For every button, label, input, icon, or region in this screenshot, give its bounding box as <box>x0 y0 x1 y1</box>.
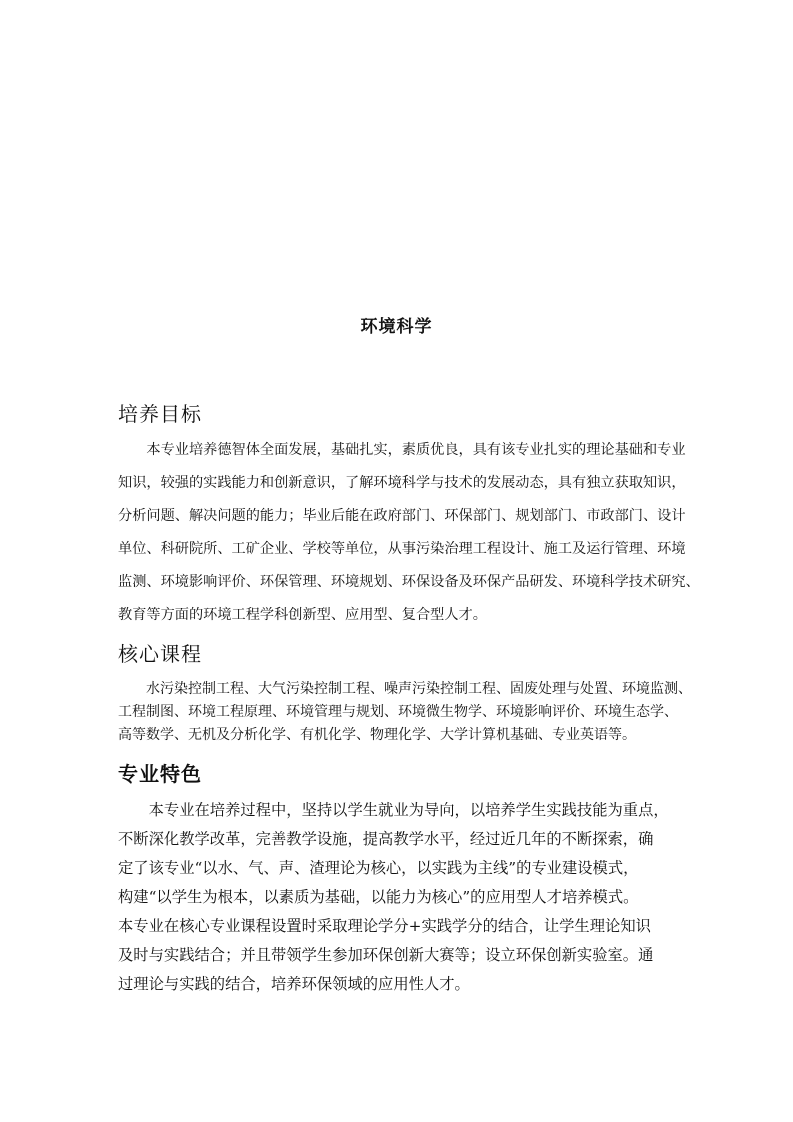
text-line: 及时与实践结合；并且带领学生参加环保创新大赛等；设立环保创新实验室。通 <box>118 941 680 970</box>
section-heading-features: 专业特色 <box>118 758 202 787</box>
section-body-training-goals: 本专业培养德智体全面发展，基础扎实，素质优良，具有该专业扎实的理论基础和专业 知… <box>118 434 680 632</box>
text-line: 过理论与实践的结合，培养环保领域的应用性人才。 <box>118 970 680 999</box>
section-body-features: 本专业在培养过程中，坚持以学生就业为导向，以培养学生实践技能为重点， 不断深化教… <box>118 796 680 999</box>
text-line: 工程制图、环境工程原理、环境管理与规划、环境微生物学、环境影响评价、环境生态学、 <box>118 701 680 724</box>
section-heading-core-courses: 核心课程 <box>118 638 202 667</box>
section-body-core-courses: 水污染控制工程、大气污染控制工程、噪声污染控制工程、固废处理与处置、环境监测、 … <box>118 678 680 747</box>
section-heading-training-goals: 培养目标 <box>118 398 202 427</box>
text-line: 本专业培养德智体全面发展，基础扎实，素质优良，具有该专业扎实的理论基础和专业 <box>118 434 680 467</box>
text-line: 本专业在培养过程中，坚持以学生就业为导向，以培养学生实践技能为重点， <box>118 796 680 825</box>
text-line: 单位、科研院所、工矿企业、学校等单位，从事污染治理工程设计、施工及运行管理、环境 <box>118 533 680 566</box>
text-line: 定了该专业“以水、气、声、渣理论为核心，以实践为主线”的专业建设模式， <box>118 854 680 883</box>
text-line: 高等数学、无机及分析化学、有机化学、物理化学、大学计算机基础、专业英语等。 <box>118 724 680 747</box>
text-line: 不断深化教学改革，完善教学设施，提高教学水平，经过近几年的不断探索，确 <box>118 825 680 854</box>
page-title: 环境科学 <box>0 312 793 337</box>
text-line: 构建“以学生为根本，以素质为基础，以能力为核心”的应用型人才培养模式。 <box>118 883 680 912</box>
text-line: 水污染控制工程、大气污染控制工程、噪声污染控制工程、固废处理与处置、环境监测、 <box>118 678 680 701</box>
text-line: 知识，较强的实践能力和创新意识，了解环境科学与技术的发展动态，具有独立获取知识， <box>118 467 680 500</box>
text-line: 分析问题、解决问题的能力；毕业后能在政府部门、环保部门、规划部门、市政部门、设计 <box>118 500 680 533</box>
text-line: 教育等方面的环境工程学科创新型、应用型、复合型人才。 <box>118 599 680 632</box>
text-line: 监测、环境影响评价、环保管理、环境规划、环保设备及环保产品研发、环境科学技术研究… <box>118 566 680 599</box>
text-line: 本专业在核心专业课程设置时采取理论学分+实践学分的结合，让学生理论知识 <box>118 912 680 941</box>
